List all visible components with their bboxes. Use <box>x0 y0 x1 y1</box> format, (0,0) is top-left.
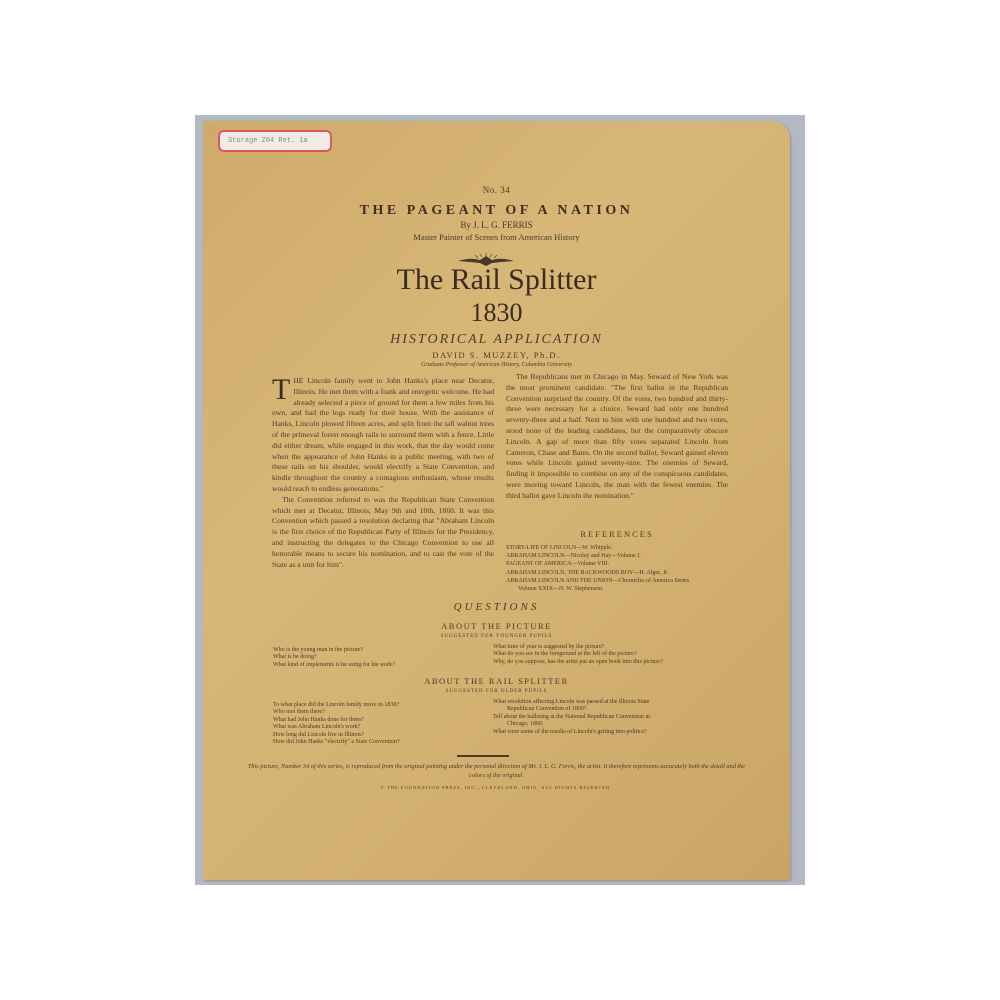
question-item: Why, do you suppose, has the artist put … <box>493 659 663 666</box>
questions-railsplitter-left: To what place did the Lincoln family mov… <box>273 702 400 746</box>
page-title: The Rail Splitter <box>203 263 790 297</box>
questions-heading: QUESTIONS <box>203 601 790 613</box>
question-item: Who is the young man in the picture? <box>273 647 395 654</box>
question-item: How did John Hanks "electrify" a State C… <box>273 739 400 746</box>
question-item: Tell about the balloting at the National… <box>493 714 650 721</box>
question-item: What is he doing? <box>273 654 395 661</box>
questions-picture-left: Who is the young man in the picture? Wha… <box>273 647 395 669</box>
paragraph: HE Lincoln family went to John Hanks's p… <box>272 376 494 493</box>
question-item: What was Abraham Lincoln's work? <box>273 724 400 731</box>
author: DAVID S. MUZZEY, Ph.D. <box>203 350 790 360</box>
questions-picture-heading: ABOUT THE PICTURE <box>203 621 790 631</box>
questions-railsplitter-right: What resolution affecting Lincoln was pa… <box>493 699 650 736</box>
body-column-right: The Republicans met in Chicago in May. S… <box>506 372 728 502</box>
year: 1830 <box>203 298 790 328</box>
reference-item: ABRAHAM LINCOLN, THE BACKWOODS BOY—H. Al… <box>506 569 736 577</box>
author-affiliation: Graduate Professor of American History, … <box>203 362 790 368</box>
question-item: What had John Hanks done for them? <box>273 717 400 724</box>
question-item: What kind of implements is he using for … <box>273 662 395 669</box>
paragraph: The Convention referred to was the Repub… <box>272 495 494 571</box>
section-heading: HISTORICAL APPLICATION <box>203 332 790 348</box>
issue-number: No. 34 <box>203 185 790 195</box>
reference-item: ABRAHAM LINCOLN AND THE UNION—Chronicles… <box>506 577 736 585</box>
question-item: How long did Lincoln live in Illinois? <box>273 732 400 739</box>
series-title: THE PAGEANT OF A NATION <box>203 203 790 219</box>
reference-item: STORY-LIFE OF LINCOLN—W. Whipple. <box>506 544 736 552</box>
byline-subtitle: Master Painter of Scenes from American H… <box>203 232 790 242</box>
reference-item: Volume XXIX—N. W. Stephenson. <box>506 585 736 593</box>
paragraph: The Republicans met in Chicago in May. S… <box>506 372 728 502</box>
question-item: What were some of the results of Lincoln… <box>493 729 650 736</box>
questions-picture-right: What time of year is suggested by the pi… <box>493 644 663 666</box>
question-item: To what place did the Lincoln family mov… <box>273 702 400 709</box>
body-column-left: THE Lincoln family went to John Hanks's … <box>272 376 494 570</box>
questions-picture-note: SUGGESTED FOR YOUNGER PUPILS <box>203 634 790 639</box>
byline: By J. L. G. FERRIS <box>203 220 790 230</box>
reference-item: ABRAHAM LINCOLN—Nicolay and Hay—Volume I… <box>506 552 736 560</box>
question-item-continued: Chicago, 1860. <box>493 721 650 728</box>
question-item: What do you see in the foreground at the… <box>493 651 663 658</box>
references-heading: REFERENCES <box>506 529 728 539</box>
drop-cap: T <box>272 378 290 402</box>
document-sheet: Storage Z04 Ret. 1a No. 34 THE PAGEANT O… <box>203 121 790 880</box>
questions-railsplitter-heading: ABOUT THE RAIL SPLITTER <box>203 676 790 686</box>
question-item-continued: Republican Convention of 1860? <box>493 706 650 713</box>
questions-railsplitter-note: SUGGESTED FOR OLDER PUPILS <box>203 689 790 694</box>
reference-item: PAGEANT OF AMERICA—Volume VIII. <box>506 560 736 568</box>
footer-note: This picture, Number 34 of this series, … <box>203 762 790 780</box>
divider-rule <box>457 755 509 757</box>
catalog-sticker: Storage Z04 Ret. 1a <box>218 130 332 152</box>
question-item: Who met them there? <box>273 709 400 716</box>
copyright: © THE FOUNDATION PRESS, INC., CLEVELAND,… <box>203 785 790 790</box>
references-list: STORY-LIFE OF LINCOLN—W. Whipple. ABRAHA… <box>506 544 736 593</box>
